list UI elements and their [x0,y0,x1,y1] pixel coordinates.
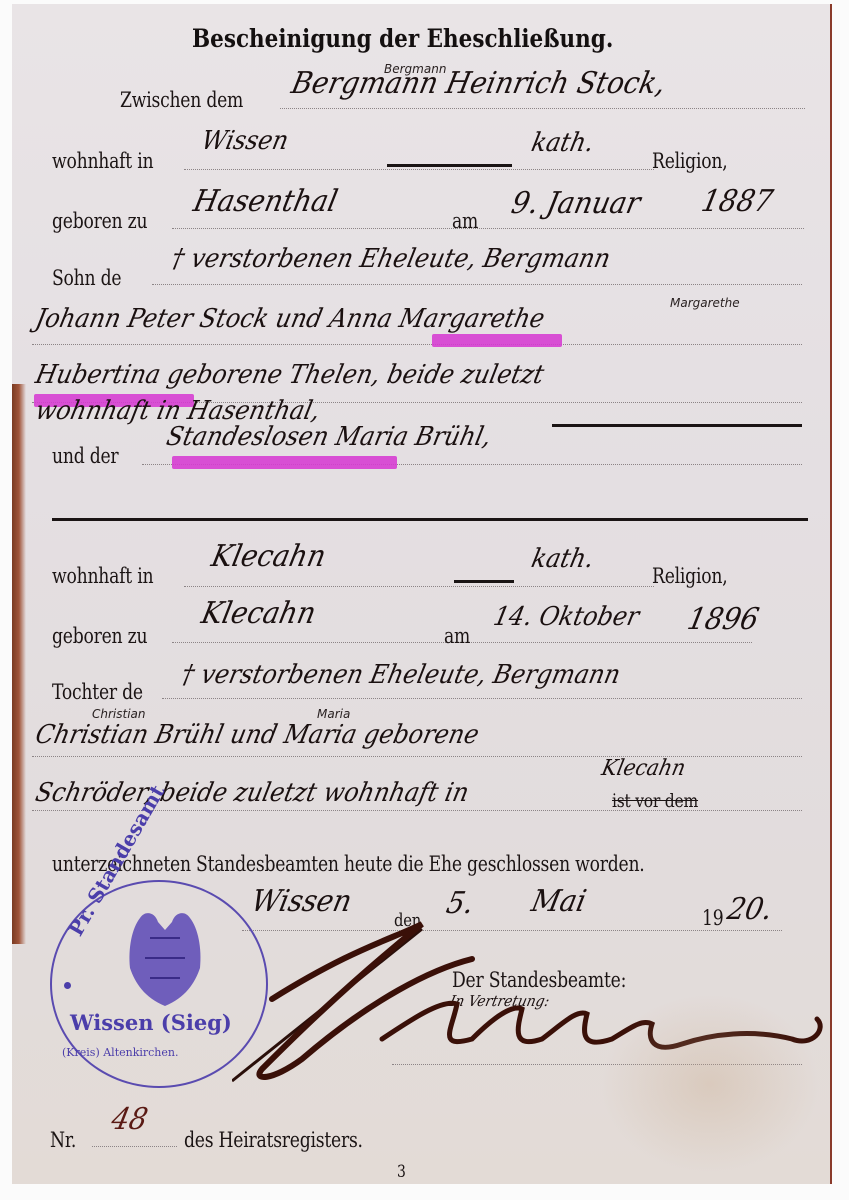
highlight-anna [432,334,562,347]
groom-birthplace: Hasenthal [190,184,340,219]
groom-parents-line3: Hubertina geborene Thelen, beide zuletzt [33,360,547,390]
bride-birthplace: Klecahn [198,596,319,631]
dotted-line [280,108,805,109]
groom-birth-year: 1887 [698,184,776,219]
bride-name: Standeslosen Maria Brühl, [164,422,494,452]
label-born: geboren zu [52,624,147,648]
bride-birth-year: 1896 [684,602,762,637]
label-register-nr: Nr. [50,1128,76,1152]
label-religion: Religion, [652,149,727,173]
label-between: Zwischen dem [120,88,243,112]
page-number: 3 [397,1162,406,1182]
groom-birth-date: 9. Januar [508,186,643,221]
stamp-place: Wissen (Sieg) [70,1010,232,1035]
bride-parents-line2: Christian Brühl und Maria geborene [33,720,482,750]
filler-dash [387,164,512,167]
prussian-eagle-icon [120,908,210,1008]
label-born: geboren zu [52,209,147,233]
dotted-line [184,169,654,170]
groom-parents-line1: † verstorbenen Eheleute, Bergmann [169,244,613,274]
groom-residence: Wissen [199,126,291,156]
bride-religion: kath. [529,544,597,574]
section-divider [52,518,808,521]
dotted-line [172,228,804,229]
registrar-signature-icon [232,909,832,1089]
stamp-dot [64,982,71,989]
label-on: am [444,624,470,648]
label-register-suffix: des Heiratsregisters. [184,1128,363,1152]
pencil-annotation-maria: Maria [317,707,350,721]
dotted-line [152,284,802,285]
filler-dash [454,580,514,583]
bride-birth-date: 14. Oktober [491,602,642,632]
filler-rule [552,424,802,427]
label-son-of: Sohn de [52,266,121,290]
registry-office-stamp: Pr. Standesamt Wissen (Sieg) (Kreis) Alt… [50,880,268,1088]
label-residing: wohnhaft in [52,564,153,588]
label-on: am [452,209,478,233]
marriage-certificate-page: Bescheinigung der Eheschließung. Bergman… [12,4,832,1184]
label-religion: Religion, [652,564,727,588]
label-daughter-of: Tochter de [52,680,143,704]
bride-residence: Klecahn [208,539,329,574]
label-and: und der [52,444,118,468]
groom-name: Bergmann Heinrich Stock, [288,66,668,101]
dotted-line [184,586,654,587]
pencil-annotation-margarethe: Margarethe [670,296,740,310]
dotted-line [92,1146,177,1147]
pencil-annotation-christian: Christian [92,707,146,721]
highlight-standeslosen [172,456,397,469]
dotted-line [162,698,802,699]
label-residing: wohnhaft in [52,149,153,173]
stamp-bottom-text: (Kreis) Altenkirchen. [62,1046,178,1059]
bride-parents-line1: † verstorbenen Eheleute, Bergmann [179,660,623,690]
ceremony-statement: unterzeichneten Standesbeamten heute die… [52,852,645,876]
groom-parents-line2: Johann Peter Stock und Anna Margarethe [33,304,548,334]
groom-religion: kath. [529,128,597,158]
bride-parents-place: Klecahn [599,756,687,781]
bride-parents-line3: Schröder, beide zuletzt wohnhaft in [33,778,472,808]
dotted-line [32,344,802,345]
register-number: 48 [108,1102,151,1137]
document-title: Bescheinigung der Eheschließung. [192,24,613,53]
struck-text: ist vor dem [612,790,698,812]
